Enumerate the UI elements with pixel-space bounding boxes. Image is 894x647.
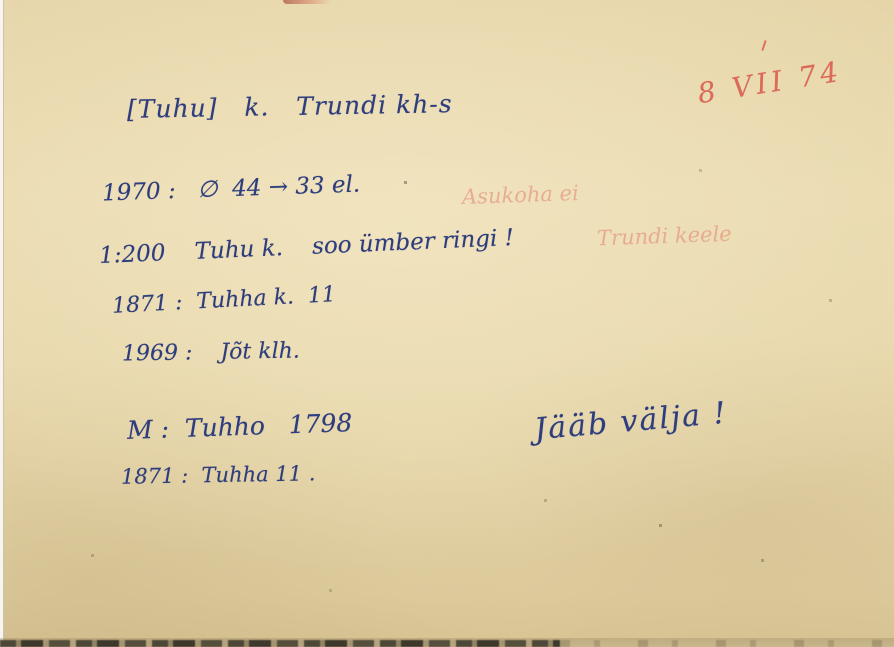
card-title: [Tuhu] k. Trundi kh-s xyxy=(127,89,453,124)
underlying-card-text-strip xyxy=(0,640,560,647)
red-ink-smudge xyxy=(283,0,331,4)
scanned-card: 8 VII 74 [Tuhu] k. Trundi kh-s 1970 : ∅ … xyxy=(0,0,894,647)
scan-left-edge xyxy=(0,0,4,647)
faint-note: Trundi keele xyxy=(597,222,732,251)
underlying-card-text-strip xyxy=(560,640,894,647)
entry-line: 1969 : Jõt klh. xyxy=(122,338,300,366)
entry-line: 1871 : Tuhha 11 . xyxy=(121,461,316,488)
paper-specks xyxy=(0,0,1,1)
faint-note: Asukoha ei xyxy=(462,181,579,209)
